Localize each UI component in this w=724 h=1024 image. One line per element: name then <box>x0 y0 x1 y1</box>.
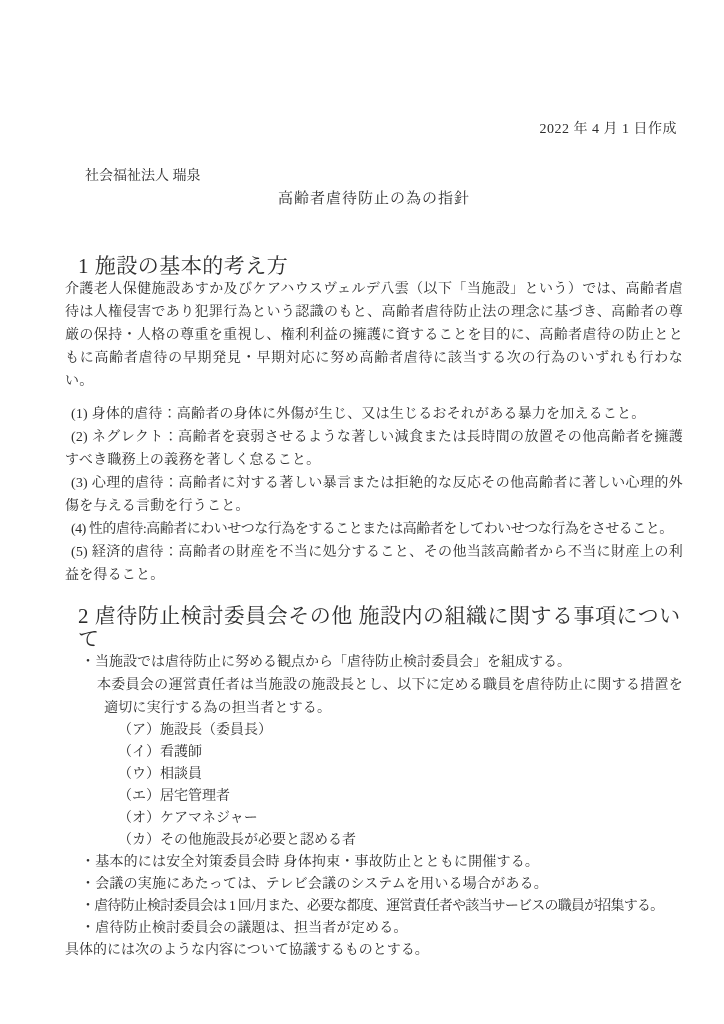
document-content: 2022 年 4 月 1 日作成 社会福祉法人 瑞泉 高齢者虐待防止の為の指針 … <box>65 118 683 962</box>
committee-formation-bullet: ・当施設では虐待防止に努める観点から「虐待防止検討委員会」を組成する。 <box>81 651 683 674</box>
meeting-rule-frequency: ・虐待防止検討委員会は 1 回/月また、必要な都度、運営責任者や該当サービスの職… <box>81 896 697 918</box>
member-item-nurse: （イ）看護師 <box>118 742 683 764</box>
member-item-counselor: （ウ）相談員 <box>118 764 683 786</box>
section-1-heading: 1 施設の基本的考え方 <box>78 255 683 278</box>
document-title: 高齢者虐待防止の為の指針 <box>65 188 683 211</box>
meeting-rule-list: ・基本的には安全対策委員会時 身体拘束・事故防止とともに開催する。 ・会議の実施… <box>65 852 683 940</box>
abuse-type-list: (1) 身体的虐待：高齢者の身体に外傷が生じ、又は生じるおそれがある暴力を加える… <box>65 403 683 587</box>
committee-member-list: （ア）施設長（委員長） （イ）看護師 （ウ）相談員 （エ）居宅管理者 （オ）ケア… <box>65 720 683 852</box>
abuse-type-item-physical: (1) 身体的虐待：高齢者の身体に外傷が生じ、又は生じるおそれがある暴力を加える… <box>65 403 683 426</box>
section-basic-policy: 1 施設の基本的考え方 介護老人保健施設あすか及びケアハウスヴェルデ八雲（以下「… <box>65 255 683 587</box>
member-item-residence-manager: （エ）居宅管理者 <box>118 786 683 808</box>
meeting-rule-video-conference: ・会議の実施にあたっては、テレビ会議のシステムを用いる場合がある。 <box>81 874 683 896</box>
meeting-rule-agenda: ・虐待防止検討委員会の議題は、担当者が定める。 <box>81 918 683 940</box>
closing-statement: 具体的には次のような内容について協議するものとする。 <box>65 940 683 962</box>
section-committee: 2 虐待防止検討委員会その他 施設内の組織に関する事項について ・当施設では虐待… <box>65 605 683 962</box>
organization-name: 社会福祉法人 瑞泉 <box>85 165 683 188</box>
abuse-type-item-sexual: (4) 性的虐待:高齢者にわいせつな行為をすることまたは高齢者をしてわいせつな行… <box>65 518 683 541</box>
document-page: 2022 年 4 月 1 日作成 社会福祉法人 瑞泉 高齢者虐待防止の為の指針 … <box>0 0 724 1024</box>
committee-responsibility-paragraph: 本委員会の運営責任者は当施設の施設長とし、以下に定める職員を虐待防止に関する措置… <box>104 674 683 720</box>
meeting-rule-timing: ・基本的には安全対策委員会時 身体拘束・事故防止とともに開催する。 <box>81 852 683 874</box>
abuse-type-item-psychological: (3) 心理的虐待：高齢者に対する著しい暴言または拒絶的な反応その他高齢者に著し… <box>65 472 683 518</box>
creation-date: 2022 年 4 月 1 日作成 <box>65 118 683 141</box>
member-item-other: （カ）その他施設長が必要と認める者 <box>118 830 683 852</box>
section-1-paragraph: 介護老人保健施設あすか及びケアハウスヴェルデ八雲（以下「当施設」という）では、高… <box>65 278 683 393</box>
abuse-type-item-neglect: (2) ネグレクト：高齢者を衰弱させるような著しい減食または長時間の放置その他高… <box>65 426 683 472</box>
member-item-care-manager: （オ）ケアマネジャー <box>118 808 683 830</box>
abuse-type-item-economic: (5) 経済的虐待：高齢者の財産を不当に処分すること、その他当該高齢者から不当に… <box>65 541 683 587</box>
member-item-director: （ア）施設長（委員長） <box>118 720 683 742</box>
section-2-heading: 2 虐待防止検討委員会その他 施設内の組織に関する事項について <box>78 605 683 651</box>
